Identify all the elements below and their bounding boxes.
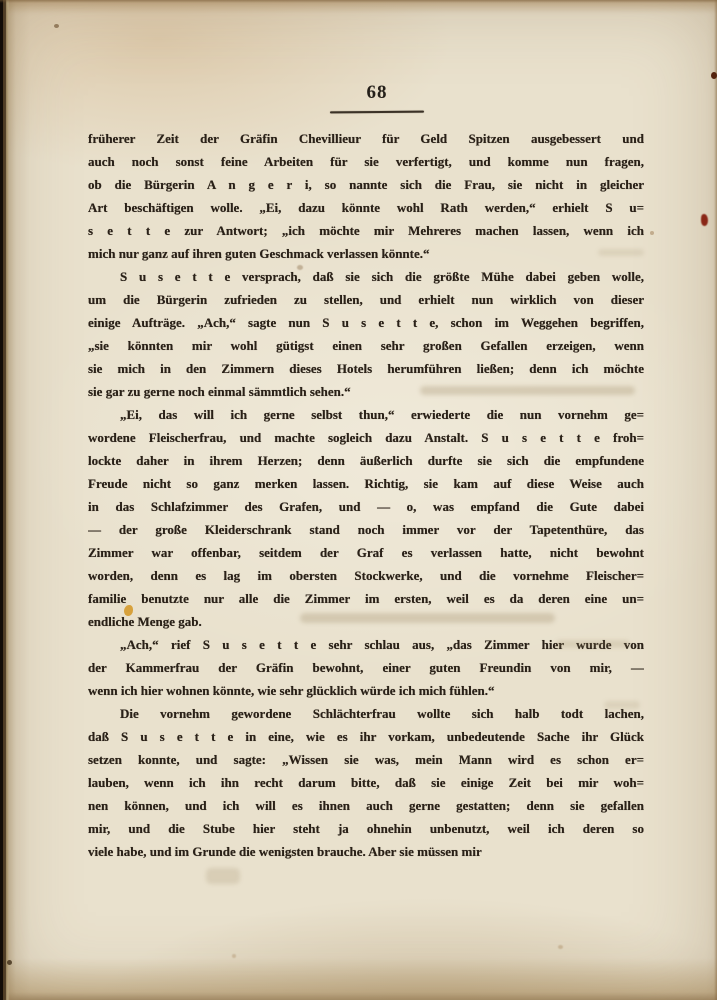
text-line-24: der Kammerfrau der Gräfin bewohnt, einer… bbox=[88, 656, 644, 679]
text-line-3: ob die Bürgerin A n g e r i, so nannte s… bbox=[88, 173, 644, 196]
text-line-9: einige Aufträge. „Ach,“ sagte nun S u s … bbox=[88, 311, 644, 334]
text-line-18: — der große Kleiderschrank stand noch im… bbox=[88, 518, 644, 541]
text-line-16: Freude nicht so ganz merken lassen. Rich… bbox=[88, 472, 644, 495]
bleedthrough-smudge bbox=[598, 249, 644, 256]
text-line-27: daß S u s e t t e in eine, wie es ihr vo… bbox=[88, 725, 644, 748]
text-line-13: „Ei, das will ich gerne selbst thun,“ er… bbox=[88, 403, 644, 426]
text-line-31: mir, und die Stube hier steht ja ohnehin… bbox=[88, 817, 644, 840]
text-line-10: „sie könnten mir wohl gütigst einen sehr… bbox=[88, 334, 644, 357]
paper-speck bbox=[54, 24, 59, 28]
text-line-25: wenn ich hier wohnen könnte, wie sehr gl… bbox=[88, 679, 644, 702]
text-line-1: früherer Zeit der Gräfin Chevillieur für… bbox=[88, 127, 644, 150]
paper-speck bbox=[7, 960, 12, 965]
text-line-15: lockte daher in ihrem Herzen; denn äußer… bbox=[88, 449, 644, 472]
text-line-17: in das Schlafzimmer des Grafen, und — o,… bbox=[88, 495, 644, 518]
text-line-20: worden, denn es lag im obersten Stockwer… bbox=[88, 564, 644, 587]
text-line-4: Art beschäftigen wolle. „Ei, dazu könnte… bbox=[88, 196, 644, 219]
text-line-28: setzen konnte, und sagte: „Wissen sie wa… bbox=[88, 748, 644, 771]
text-line-32: viele habe, und im Grunde die wenigsten … bbox=[88, 840, 644, 863]
text-line-7: S u s e t t e versprach, daß sie sich di… bbox=[88, 265, 644, 288]
text-line-2: auch noch sonst feine Arbeiten für sie v… bbox=[88, 150, 644, 173]
bleedthrough-smudge bbox=[556, 640, 630, 648]
paper-speck bbox=[297, 265, 303, 270]
bleedthrough-smudge bbox=[420, 386, 635, 395]
page-top-edge bbox=[0, 0, 717, 3]
paper-speck bbox=[711, 72, 717, 79]
text-line-19: Zimmer war offenbar, seitdem der Graf es… bbox=[88, 541, 644, 564]
bleedthrough-smudge bbox=[604, 701, 640, 709]
book-page: 68 früherer Zeit der Gräfin Chevillieur … bbox=[0, 0, 717, 1000]
page-text: früherer Zeit der Gräfin Chevillieur für… bbox=[88, 127, 644, 863]
text-line-30: nen können, und ich will es ihnen auch g… bbox=[88, 794, 644, 817]
red-ink-stain bbox=[701, 214, 708, 226]
text-line-5: s e t t e zur Antwort; „ich möchte mir M… bbox=[88, 219, 644, 242]
paper-speck bbox=[650, 231, 654, 235]
page-number: 68 bbox=[332, 82, 422, 104]
text-line-29: lauben, wenn ich ihn recht darum bitte, … bbox=[88, 771, 644, 794]
text-line-26: Die vornehm gewordene Schlächterfrau wol… bbox=[88, 702, 644, 725]
bleedthrough-smudge bbox=[300, 613, 555, 623]
paper-speck bbox=[232, 954, 236, 958]
text-line-14: wordene Fleischerfrau, und machte soglei… bbox=[88, 426, 644, 449]
binding-edge bbox=[0, 0, 30, 1000]
text-line-21: familie benutzte nur alle die Zimmer im … bbox=[88, 587, 644, 610]
paper-speck bbox=[558, 945, 563, 949]
text-line-8: um die Bürgerin zufrieden zu stellen, un… bbox=[88, 288, 644, 311]
bleedthrough-smudge bbox=[206, 868, 240, 884]
page-number-rule bbox=[330, 111, 424, 114]
text-line-6: mich nur ganz auf ihren guten Geschmack … bbox=[88, 242, 644, 265]
text-line-11: sie mich in den Zimmern dieses Hotels he… bbox=[88, 357, 644, 380]
